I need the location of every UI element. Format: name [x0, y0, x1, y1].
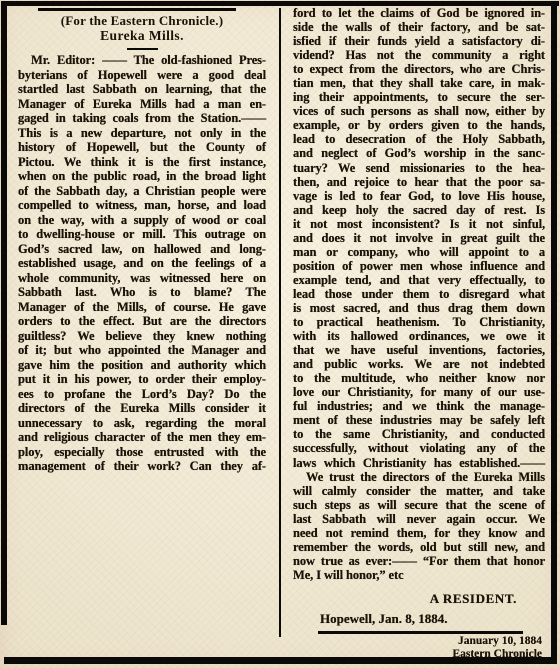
- text-line: that we have useful inventions, factorie…: [293, 343, 545, 357]
- text-line: whole community, was witnessed here on: [18, 271, 266, 286]
- column-divider: [279, 8, 281, 637]
- text-line: lead those under them to disregard what: [293, 287, 545, 301]
- text-line: to the same Christianity, and conducted: [293, 427, 545, 441]
- article-title: Eureka Mills.: [18, 28, 266, 44]
- text-line: gaged in taking coals from the Station.—…: [18, 111, 266, 126]
- border-right: [551, 1, 557, 658]
- text-line: to practical heathenism. To Christianity…: [293, 315, 545, 329]
- closing-rule: [318, 631, 523, 634]
- masthead-dateline: (For the Eastern Chronicle.): [18, 13, 266, 28]
- masthead-rule: [38, 8, 236, 11]
- text-line: love our Christianity, for many of our u…: [293, 385, 545, 399]
- text-line: to the multitude, who neither know nor: [293, 371, 545, 385]
- text-line: to dwelling-house or mill. This outrage …: [18, 227, 266, 242]
- text-line: ploy, especially those entrusted with th…: [18, 445, 266, 460]
- text-line: lead to desecration of the Holy Sabbath,: [293, 132, 545, 146]
- text-line: remember the words, old but still new, a…: [293, 540, 545, 554]
- text-line: ing their appointments, to secure the se…: [293, 90, 545, 104]
- text-line: God’s sacred law, on hallowed and long-: [18, 242, 266, 257]
- text-line: when on the public road, in the broad li…: [18, 169, 266, 184]
- text-line: laws which Christianity has established.…: [293, 456, 545, 470]
- text-line: man or company, who will appoint to a: [293, 245, 545, 259]
- text-line: tian men, that they shall take care, in …: [293, 76, 545, 90]
- border-left: [1, 3, 7, 625]
- right-column: ford to let the claims of God be ignored…: [293, 6, 545, 582]
- text-line: established usage, and on the feelings o…: [18, 256, 266, 271]
- text-line: unnecessary to ask, regarding the moral: [18, 416, 266, 431]
- text-line: Me, I will honor,” etc: [293, 568, 545, 582]
- text-line: side the walls of their factory, and be …: [293, 20, 545, 34]
- text-line: example tend, and that very effectually,…: [293, 273, 545, 287]
- text-line: directors of the Eureka Mills consider i…: [18, 401, 266, 416]
- text-line: example, or by orders given to the hands…: [293, 118, 545, 132]
- text-line: isfied if their funds yield a satisfacto…: [293, 34, 545, 48]
- text-line: guiltless? We believe they knew nothing: [18, 329, 266, 344]
- text-line: of it; but who appointed the Manager and: [18, 343, 266, 358]
- text-line: Sabbath last. Who is to blame? The: [18, 285, 266, 300]
- text-line: now true as ever:—— “For them that honor: [293, 554, 545, 568]
- text-line: management of their work? Can they af-: [18, 459, 266, 474]
- text-line: on the way, with a supply of wood or coa…: [18, 213, 266, 228]
- text-line: need not remind them, for they know and: [293, 526, 545, 540]
- source-date: January 10, 1884: [452, 635, 542, 648]
- text-line: ees to profane the Lord’s Day? Do the: [18, 387, 266, 402]
- text-line: put it in his power, to order their empl…: [18, 372, 266, 387]
- text-line: it not most inconsistent? Is it not sinf…: [293, 217, 545, 231]
- text-line: and does it not involve in great guilt t…: [293, 231, 545, 245]
- text-line: and public works. We are not indebted: [293, 357, 545, 371]
- title-rule: [127, 48, 158, 50]
- source-name: Eastern Chronicle: [452, 648, 542, 661]
- closing-dateline: Hopewell, Jan. 8, 1884.: [320, 611, 447, 627]
- text-line: ment of these industries may be safely l…: [293, 413, 545, 427]
- text-line: to expect from the directors, who are Ch…: [293, 62, 545, 76]
- text-line: Pictou. We think it is the first instanc…: [18, 155, 266, 170]
- text-line: vidend? Has not the community a right: [293, 48, 545, 62]
- masthead: (For the Eastern Chronicle.) Eureka Mill…: [18, 13, 266, 44]
- text-line: We trust the directors of the Eureka Mil…: [293, 470, 545, 484]
- text-line: position of power men whose influence an…: [293, 259, 545, 273]
- text-line: is most sacred, and thus drag them down: [293, 301, 545, 315]
- left-column: Mr. Editor: —— The old-fashioned Pres-by…: [18, 53, 266, 474]
- text-line: and keep holy the sacred day of rest. Is: [293, 203, 545, 217]
- text-line: ful industries; and we think the manage-: [293, 399, 545, 413]
- text-line: Manager of Eureka Mills had a man en-: [18, 97, 266, 112]
- text-line: vices of such persons as shall now, eith…: [293, 104, 545, 118]
- newspaper-clipping: (For the Eastern Chronicle.) Eureka Mill…: [0, 0, 560, 668]
- text-line: Mr. Editor: —— The old-fashioned Pres-: [18, 53, 266, 68]
- text-line: and neglect of God’s worship in the sanc…: [293, 146, 545, 160]
- signature: A RESIDENT.: [293, 591, 545, 607]
- text-line: and religious character of the men they …: [18, 430, 266, 445]
- text-line: ford to let the claims of God be ignored…: [293, 6, 545, 20]
- text-line: This is a new departure, not only in the: [18, 126, 266, 141]
- text-line: orders to the effect. But are the direct…: [18, 314, 266, 329]
- text-line: of the Sabbath day, a Christian people w…: [18, 184, 266, 199]
- text-line: will calmly consider the matter, and tak…: [293, 484, 545, 498]
- text-line: byterians of Hopewell were a good deal: [18, 68, 266, 83]
- text-line: vage is led to fear God, to love His hou…: [293, 189, 545, 203]
- text-line: last Sabbath will never again occur. We: [293, 512, 545, 526]
- text-line: tuary? We send missionaries to the hea-: [293, 161, 545, 175]
- text-line: then, and rejoice to hear that the poor …: [293, 175, 545, 189]
- text-line: with its hallowed ordinances, we owe it: [293, 329, 545, 343]
- source-attribution: January 10, 1884 Eastern Chronicle: [452, 635, 542, 660]
- text-line: compelled to witness, man, horse, and lo…: [18, 198, 266, 213]
- text-line: gave him the position and authority whic…: [18, 358, 266, 373]
- text-line: successfully, without violating any of t…: [293, 441, 545, 455]
- text-line: Manager of the Mills, of course. He gave: [18, 300, 266, 315]
- text-line: such steps as will secure that the scene…: [293, 498, 545, 512]
- text-line: history of Hopewell, but the County of: [18, 140, 266, 155]
- text-line: startled last Sabbath on learning, that …: [18, 82, 266, 97]
